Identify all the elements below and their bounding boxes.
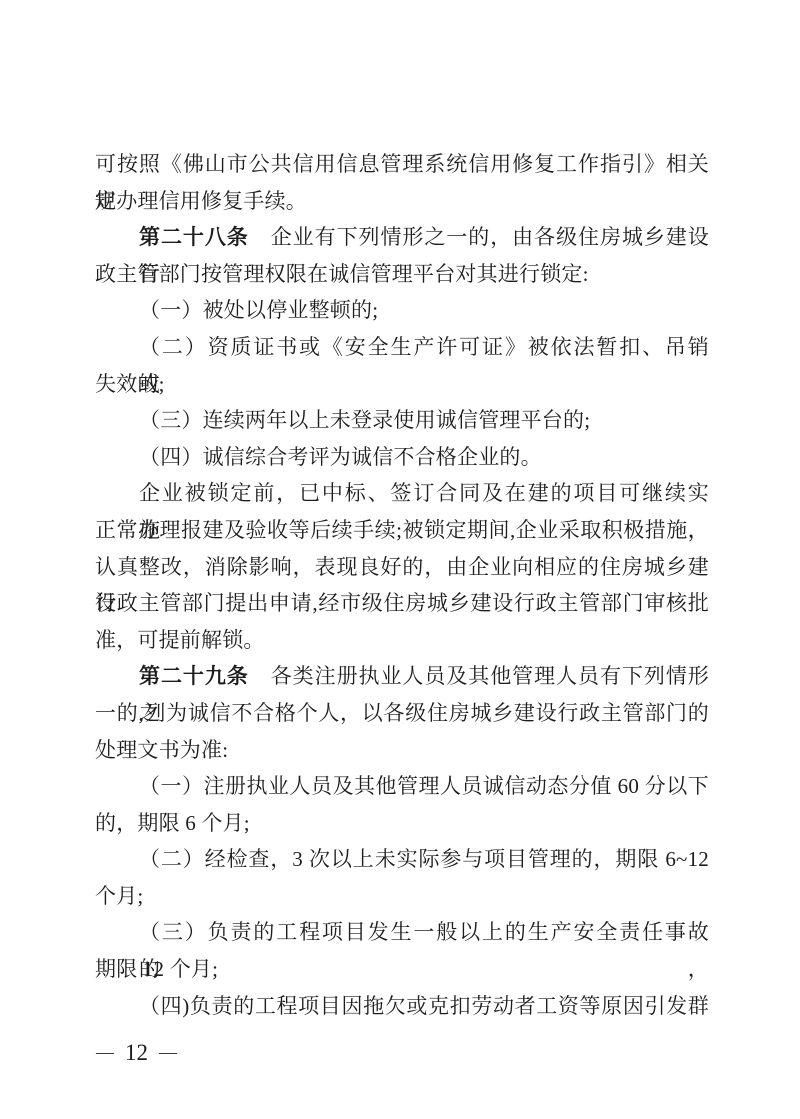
text-line: （四）诚信综合考评为诚信不合格企业的。 — [95, 439, 709, 476]
text-line: 行政主管部门提出申请,经市级住房城乡建设行政主管部门审核批 — [95, 585, 709, 622]
text-line: 失效的; — [95, 366, 709, 403]
text-line: 一的,列为诚信不合格个人，以各级住房城乡建设行政主管部门的 — [95, 695, 709, 732]
page-footer: — 12 — — [96, 1038, 177, 1068]
article-number: 第二十八条 — [139, 225, 249, 249]
line-text: 一的,列为诚信不合格个人，以各级住房城乡建设行政主管部门的 — [95, 701, 709, 725]
text-line: 可按照《佛山市公共信用信息管理系统信用修复工作指引》相关规 — [95, 146, 709, 183]
line-text: 个月; — [95, 884, 143, 908]
text-line: 定办理信用修复手续。 — [95, 183, 709, 220]
text-line: 企业被锁定前，已中标、签订合同及在建的项目可继续实施， — [95, 475, 709, 512]
line-text: 期限 12 个月; — [95, 957, 218, 981]
article-number: 第二十九条 — [139, 664, 249, 688]
line-text: 正常办理报建及验收等后续手续;被锁定期间,企业采取积极措施， — [95, 518, 709, 542]
line-text: 的，期限 6 个月; — [95, 811, 250, 835]
line-text: 处理文书为准: — [95, 738, 228, 762]
text-line: （二）经检查，3 次以上未实际参与项目管理的，期限 6~12 — [95, 841, 709, 878]
line-text: 定办理信用修复手续。 — [95, 189, 307, 213]
line-text: （二）经检查，3 次以上未实际参与项目管理的，期限 6~12 — [139, 847, 709, 871]
text-line: （三）负责的工程项目发生一般以上的生产安全责任事故的， — [95, 914, 709, 951]
text-line: （一）被处以停业整顿的; — [95, 292, 709, 329]
text-line: 准，可提前解锁。 — [95, 622, 709, 659]
document-page: 可按照《佛山市公共信用信息管理系统信用修复工作指引》相关规定办理信用修复手续。第… — [0, 0, 800, 1119]
line-text: 政主管部门按管理权限在诚信管理平台对其进行锁定: — [95, 262, 589, 286]
text-line: 处理文书为准: — [95, 732, 709, 769]
line-text: （四）诚信综合考评为诚信不合格企业的。 — [139, 445, 542, 469]
text-line: 第二十八条 企业有下列情形之一的，由各级住房城乡建设行 — [95, 219, 709, 256]
text-line: 正常办理报建及验收等后续手续;被锁定期间,企业采取积极措施， — [95, 512, 709, 549]
line-text: （三）负责的工程项目发生一般以上的生产安全责任事故的， — [139, 920, 709, 981]
line-text: 准，可提前解锁。 — [95, 628, 265, 652]
line-text: （三）连续两年以上未登录使用诚信管理平台的; — [139, 408, 590, 432]
line-text: 行政主管部门提出申请,经市级住房城乡建设行政主管部门审核批 — [95, 591, 709, 615]
text-line: （二）资质证书或《安全生产许可证》被依法暂扣、吊销 或 — [95, 329, 709, 366]
text-line: （四)负责的工程项目因拖欠或克扣劳动者工资等原因引发群 — [95, 988, 709, 1025]
page-number: 12 — [125, 1040, 148, 1066]
text-line: （一）注册执业人员及其他管理人员诚信动态分值 60 分以下 — [95, 768, 709, 805]
text-line: （三）连续两年以上未登录使用诚信管理平台的; — [95, 402, 709, 439]
line-text: （四)负责的工程项目因拖欠或克扣劳动者工资等原因引发群 — [139, 994, 709, 1018]
text-line: 第二十九条 各类注册执业人员及其他管理人员有下列情形之 — [95, 658, 709, 695]
text-line: 的，期限 6 个月; — [95, 805, 709, 842]
footer-dash-left: — — [96, 1042, 114, 1063]
text-line: 政主管部门按管理权限在诚信管理平台对其进行锁定: — [95, 256, 709, 293]
document-body: 可按照《佛山市公共信用信息管理系统信用修复工作指引》相关规定办理信用修复手续。第… — [95, 146, 709, 1024]
text-line: 认真整改，消除影响，表现良好的，由企业向相应的住房城乡建设 — [95, 549, 709, 586]
line-text: （一）注册执业人员及其他管理人员诚信动态分值 60 分以下 — [139, 774, 709, 798]
line-text: 失效的; — [95, 372, 165, 396]
line-text: （一）被处以停业整顿的; — [139, 298, 378, 322]
footer-dash-right: — — [159, 1042, 177, 1063]
text-line: 个月; — [95, 878, 709, 915]
